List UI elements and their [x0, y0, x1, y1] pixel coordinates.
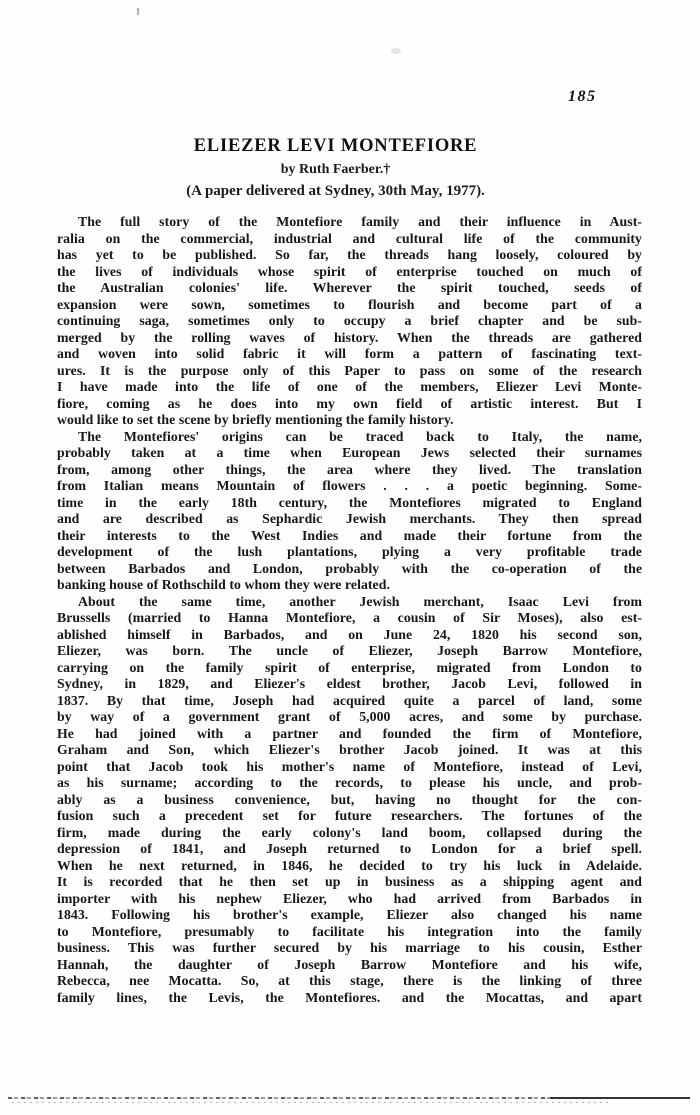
- body-line: Brussells (married to Hanna Montefiore, …: [57, 610, 642, 627]
- body-line: The Montefiores' origins can be traced b…: [57, 429, 642, 446]
- paragraph: The full story of the Montefiore family …: [57, 214, 642, 429]
- paragraph: About the same time, another Jewish merc…: [57, 594, 642, 1007]
- body-line: About the same time, another Jewish merc…: [57, 594, 642, 611]
- body-line: from, among other things, the area where…: [57, 462, 642, 479]
- body-line: Hannah, the daughter of Joseph Barrow Mo…: [57, 957, 642, 974]
- article-body: The full story of the Montefiore family …: [57, 214, 642, 1006]
- body-line: I have made into the life of one of the …: [57, 379, 642, 396]
- body-line: Sydney, in 1829, and Eliezer's eldest br…: [57, 676, 642, 693]
- body-line: the Australian colonies' life. Wherever …: [57, 280, 642, 297]
- body-line: merged by the rolling waves of history. …: [57, 330, 642, 347]
- article-header: ELIEZER LEVI MONTEFIORE by Ruth Faerber.…: [43, 136, 628, 201]
- body-line: and woven into solid fabric it will form…: [57, 346, 642, 363]
- body-line: the lives of individuals whose spirit of…: [57, 264, 642, 281]
- body-line: ures. It is the purpose only of this Pap…: [57, 363, 642, 380]
- body-line: ralia on the commercial, industrial and …: [57, 231, 642, 248]
- body-line: development of the lush plantations, ply…: [57, 544, 642, 561]
- body-line: When he next returned, in 1846, he decid…: [57, 858, 642, 875]
- body-line: business. This was further secured by hi…: [57, 940, 642, 957]
- body-line: He had joined with a partner and founded…: [57, 726, 642, 743]
- scan-artifact-smudge: [391, 48, 401, 54]
- body-line: from Italian means Mountain of flowers .…: [57, 478, 642, 495]
- body-line: ably as a business convenience, but, hav…: [57, 792, 642, 809]
- body-line: would like to set the scene by briefly m…: [57, 412, 642, 429]
- body-line: It is recorded that he then set up in bu…: [57, 874, 642, 891]
- scan-artifact-bottom-line-faint: [12, 1102, 612, 1103]
- body-line: time in the early 18th century, the Mont…: [57, 495, 642, 512]
- document-page: 185 ELIEZER LEVI MONTEFIORE by Ruth Faer…: [0, 0, 700, 1115]
- article-title: ELIEZER LEVI MONTEFIORE: [43, 136, 628, 157]
- body-line: between Barbados and London, probably wi…: [57, 561, 642, 578]
- body-line: by way of a government grant of 5,000 ac…: [57, 709, 642, 726]
- body-line: and are described as Sephardic Jewish me…: [57, 511, 642, 528]
- body-line: point that Jacob took his mother's name …: [57, 759, 642, 776]
- scan-artifact-tick: [137, 8, 139, 15]
- body-line: expansion were sown, sometimes to flouri…: [57, 297, 642, 314]
- body-line: 1843. Following his brother's example, E…: [57, 907, 642, 924]
- body-line: has yet to be published. So far, the thr…: [57, 247, 642, 264]
- body-line: probably taken at a time when European J…: [57, 445, 642, 462]
- body-line: fiore, coming as he does into my own fie…: [57, 396, 642, 413]
- article-byline: by Ruth Faerber.†: [43, 161, 628, 179]
- body-line: family lines, the Levis, the Montefiores…: [57, 990, 642, 1007]
- body-line: importer with his nephew Eliezer, who ha…: [57, 891, 642, 908]
- body-line: banking house of Rothschild to whom they…: [57, 577, 642, 594]
- body-line: carrying on the family spirit of enterpr…: [57, 660, 642, 677]
- scan-artifact-bottom-line-solid: [550, 1097, 690, 1099]
- body-line: depression of 1841, and Joseph returned …: [57, 841, 642, 858]
- paragraph: The Montefiores' origins can be traced b…: [57, 429, 642, 594]
- page-number: 185: [568, 88, 597, 106]
- body-line: to Montefiore, presumably to facilitate …: [57, 924, 642, 941]
- body-line: firm, made during the early colony's lan…: [57, 825, 642, 842]
- body-line: ablished himself in Barbados, and on Jun…: [57, 627, 642, 644]
- body-line: 1837. By that time, Joseph had acquired …: [57, 693, 642, 710]
- body-line: Rebecca, nee Mocatta. So, at this stage,…: [57, 973, 642, 990]
- body-line: continuing saga, sometimes only to occup…: [57, 313, 642, 330]
- body-line: as his surname; according to the records…: [57, 775, 642, 792]
- delivery-note: (A paper delivered at Sydney, 30th May, …: [43, 182, 628, 201]
- body-line: fusion such a precedent set for future r…: [57, 808, 642, 825]
- body-line: their interests to the West Indies and m…: [57, 528, 642, 545]
- body-line: Graham and Son, which Eliezer's brother …: [57, 742, 642, 759]
- body-line: Eliezer, was born. The uncle of Eliezer,…: [57, 643, 642, 660]
- body-line: The full story of the Montefiore family …: [57, 214, 642, 231]
